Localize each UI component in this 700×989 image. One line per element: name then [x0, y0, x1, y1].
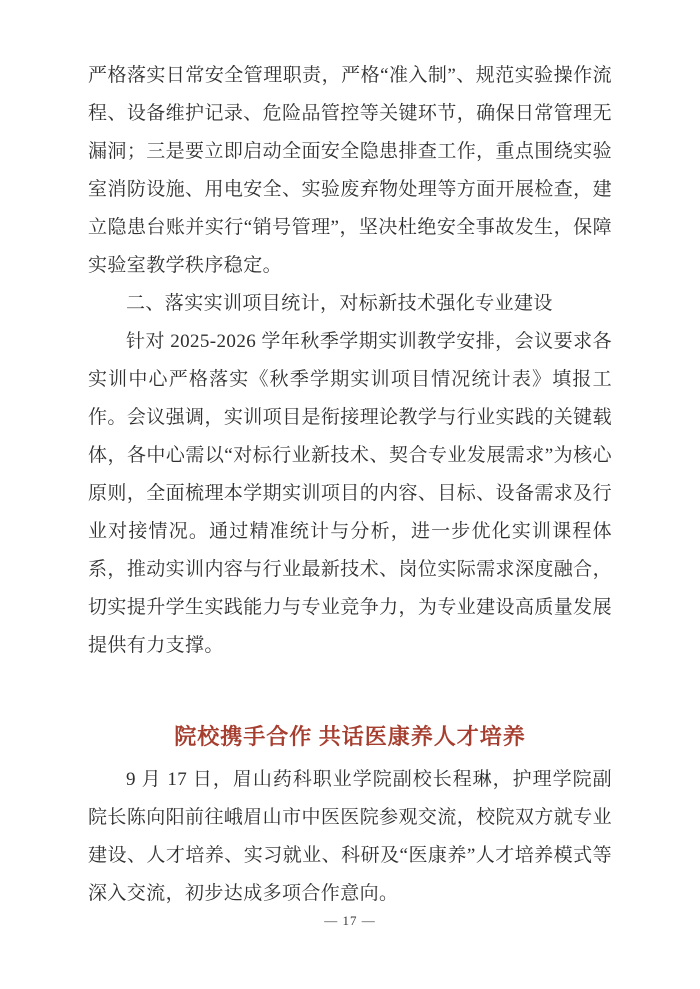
paragraph-training-projects: 针对 2025-2026 学年秋季学期实训教学安排，会议要求各实训中心严格落实《… — [88, 323, 612, 665]
article-title: 院校携手合作 共话医康养人才培养 — [88, 719, 612, 755]
section-heading-training-statistics: 二、落实实训项目统计，对标新技术强化专业建设 — [88, 285, 612, 323]
paragraph-hospital-visit: 9 月 17 日，眉山药科职业学院副校长程琳，护理学院副院长陈向阳前往峨眉山市中… — [88, 761, 612, 913]
document-content: 严格落实日常安全管理职责，严格“准入制”、规范实验操作流程、设备维护记录、危险品… — [88, 57, 612, 913]
page-number: — 17 — — [0, 913, 700, 929]
document-page: 严格落实日常安全管理职责，严格“准入制”、规范实验操作流程、设备维护记录、危险品… — [0, 0, 700, 989]
paragraph-safety-management: 严格落实日常安全管理职责，严格“准入制”、规范实验操作流程、设备维护记录、危险品… — [88, 57, 612, 285]
